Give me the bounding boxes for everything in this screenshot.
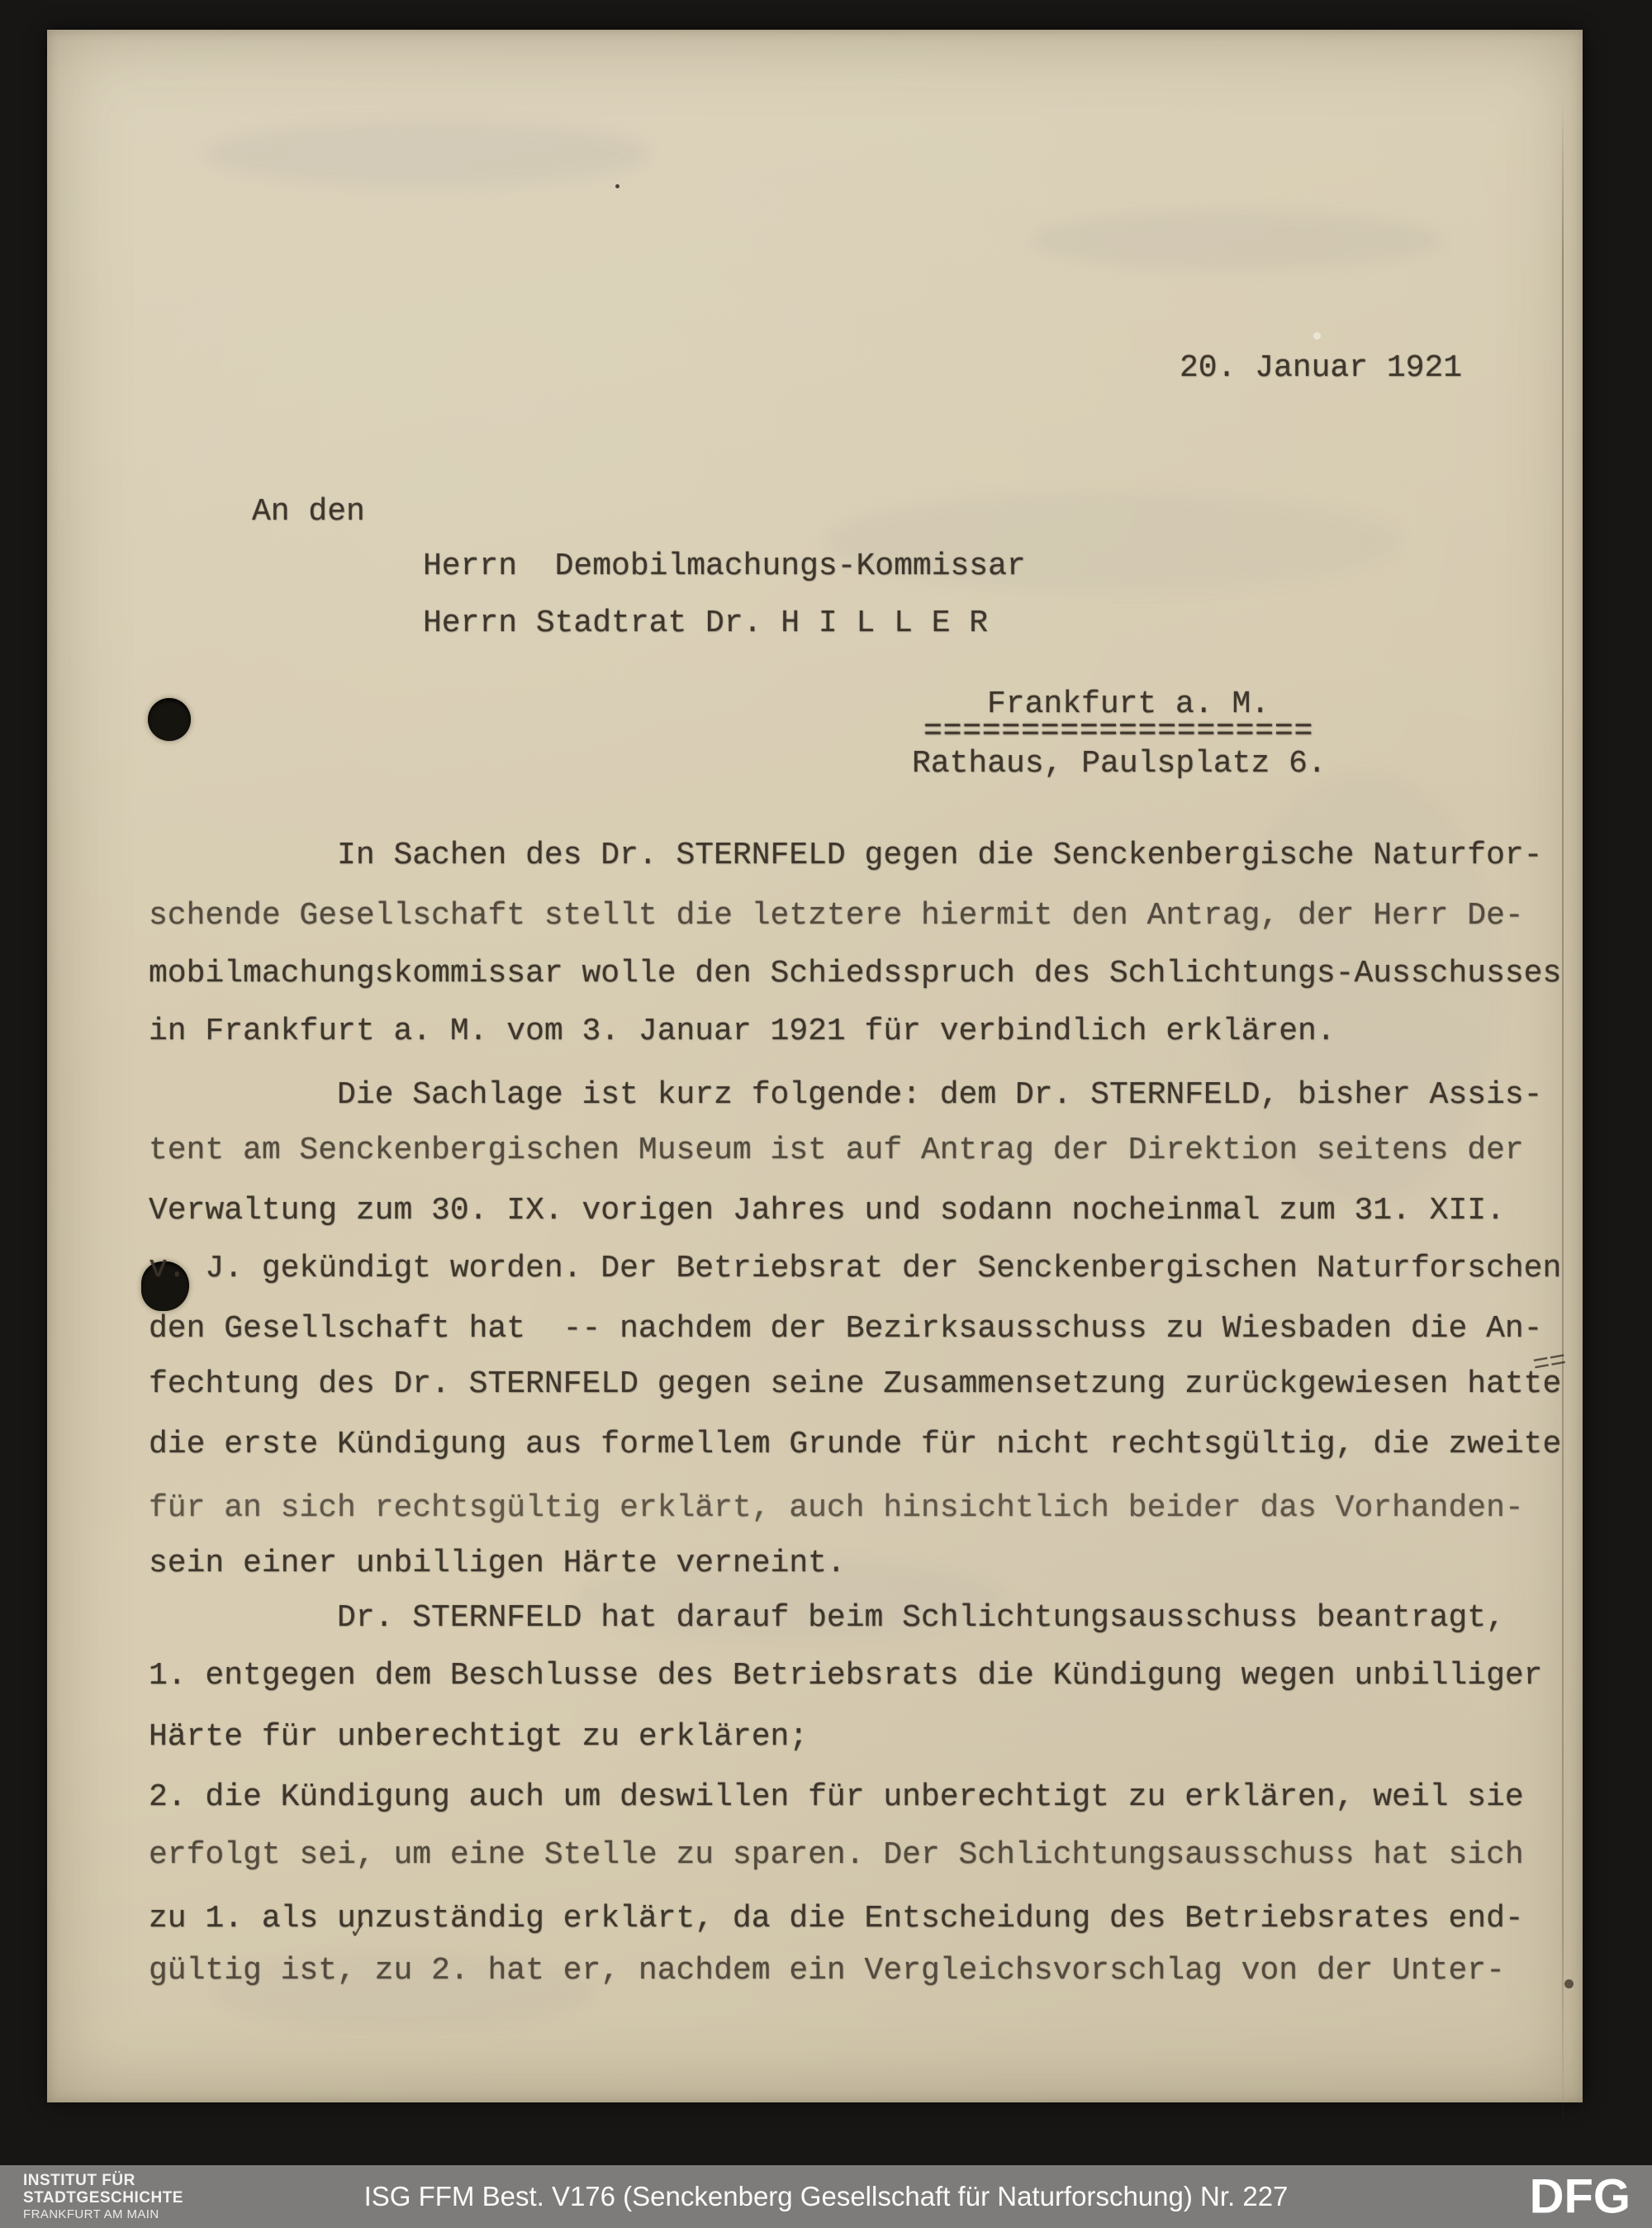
body-line: schende Gesellschaft stellt die letztere… <box>149 898 1524 934</box>
body-line: erfolgt sei, um eine Stelle zu sparen. D… <box>149 1837 1524 1874</box>
body-line: in Frankfurt a. M. vom 3. Januar 1921 fü… <box>149 1014 1336 1050</box>
recipient-line: Herrn Demobilmachungs-Kommissar <box>423 549 1026 585</box>
body-line: gültig ist, zu 2. hat er, nachdem ein Ve… <box>149 1953 1505 1989</box>
bleed-through-smudge <box>204 121 650 187</box>
body-line: tent am Senckenbergischen Museum ist auf… <box>149 1133 1524 1169</box>
body-line: mobilmachungskommissar wolle den Schieds… <box>149 956 1561 992</box>
bleed-through-smudge <box>1030 211 1443 269</box>
scan-viewport: 20. Januar 1921 An den Herrn Demobilmach… <box>0 0 1652 2228</box>
body-line: Verwaltung zum 30. IX. vorigen Jahres un… <box>149 1193 1505 1229</box>
dfg-logo: DFG <box>1530 2169 1631 2225</box>
paper-crease <box>1562 96 1564 2130</box>
address-street: Rathaus, Paulsplatz 6. <box>912 746 1327 782</box>
recipient-line: An den <box>252 494 365 530</box>
body-line: Dr. STERNFELD hat darauf beim Schlichtun… <box>149 1600 1505 1637</box>
paper-speck <box>1313 332 1321 340</box>
body-line: In Sachen des Dr. STERNFELD gegen die Se… <box>149 838 1542 874</box>
body-line: 1. entgegen dem Beschlusse des Betriebsr… <box>149 1658 1542 1694</box>
address-underline: ==================== <box>923 714 1313 750</box>
archive-reference: ISG FFM Best. V176 (Senckenberg Gesellsc… <box>364 2181 1289 2212</box>
body-line: den Gesellschaft hat -- nachdem der Bezi… <box>149 1311 1542 1347</box>
body-line: sein einer unbilligen Härte verneint. <box>149 1546 846 1582</box>
recipient-line: Herrn Stadtrat Dr. H I L L E R <box>423 606 988 642</box>
body-line: v. J. gekündigt worden. Der Betriebsrat … <box>149 1251 1561 1287</box>
margin-correction-mark: == <box>1531 1346 1569 1383</box>
body-line: für an sich rechtsgültig erklärt, auch h… <box>149 1490 1524 1527</box>
hole-punch <box>148 698 191 741</box>
institute-line: FRANKFURT AM MAIN <box>23 2207 183 2222</box>
paper-speck <box>1564 1979 1574 1988</box>
institute-logo-text: INSTITUT FÜR STADTGESCHICHTE FRANKFURT A… <box>23 2172 183 2222</box>
proofreader-checkmark: ✓ <box>349 1912 368 1947</box>
letter-date: 20. Januar 1921 <box>1180 350 1462 387</box>
body-line: die erste Kündigung aus formellem Grunde… <box>149 1427 1561 1463</box>
body-line: Die Sachlage ist kurz folgende: dem Dr. … <box>149 1077 1542 1114</box>
institute-line: STADTGESCHICHTE <box>23 2189 183 2207</box>
archive-footer: INSTITUT FÜR STADTGESCHICHTE FRANKFURT A… <box>0 2165 1652 2228</box>
body-line: Härte für unberechtigt zu erklären; <box>149 1719 808 1755</box>
body-line: 2. die Kündigung auch um deswillen für u… <box>149 1779 1524 1816</box>
institute-line: INSTITUT FÜR <box>23 2172 183 2189</box>
paper-speck <box>615 184 619 188</box>
body-line: fechtung des Dr. STERNFELD gegen seine Z… <box>149 1366 1561 1403</box>
